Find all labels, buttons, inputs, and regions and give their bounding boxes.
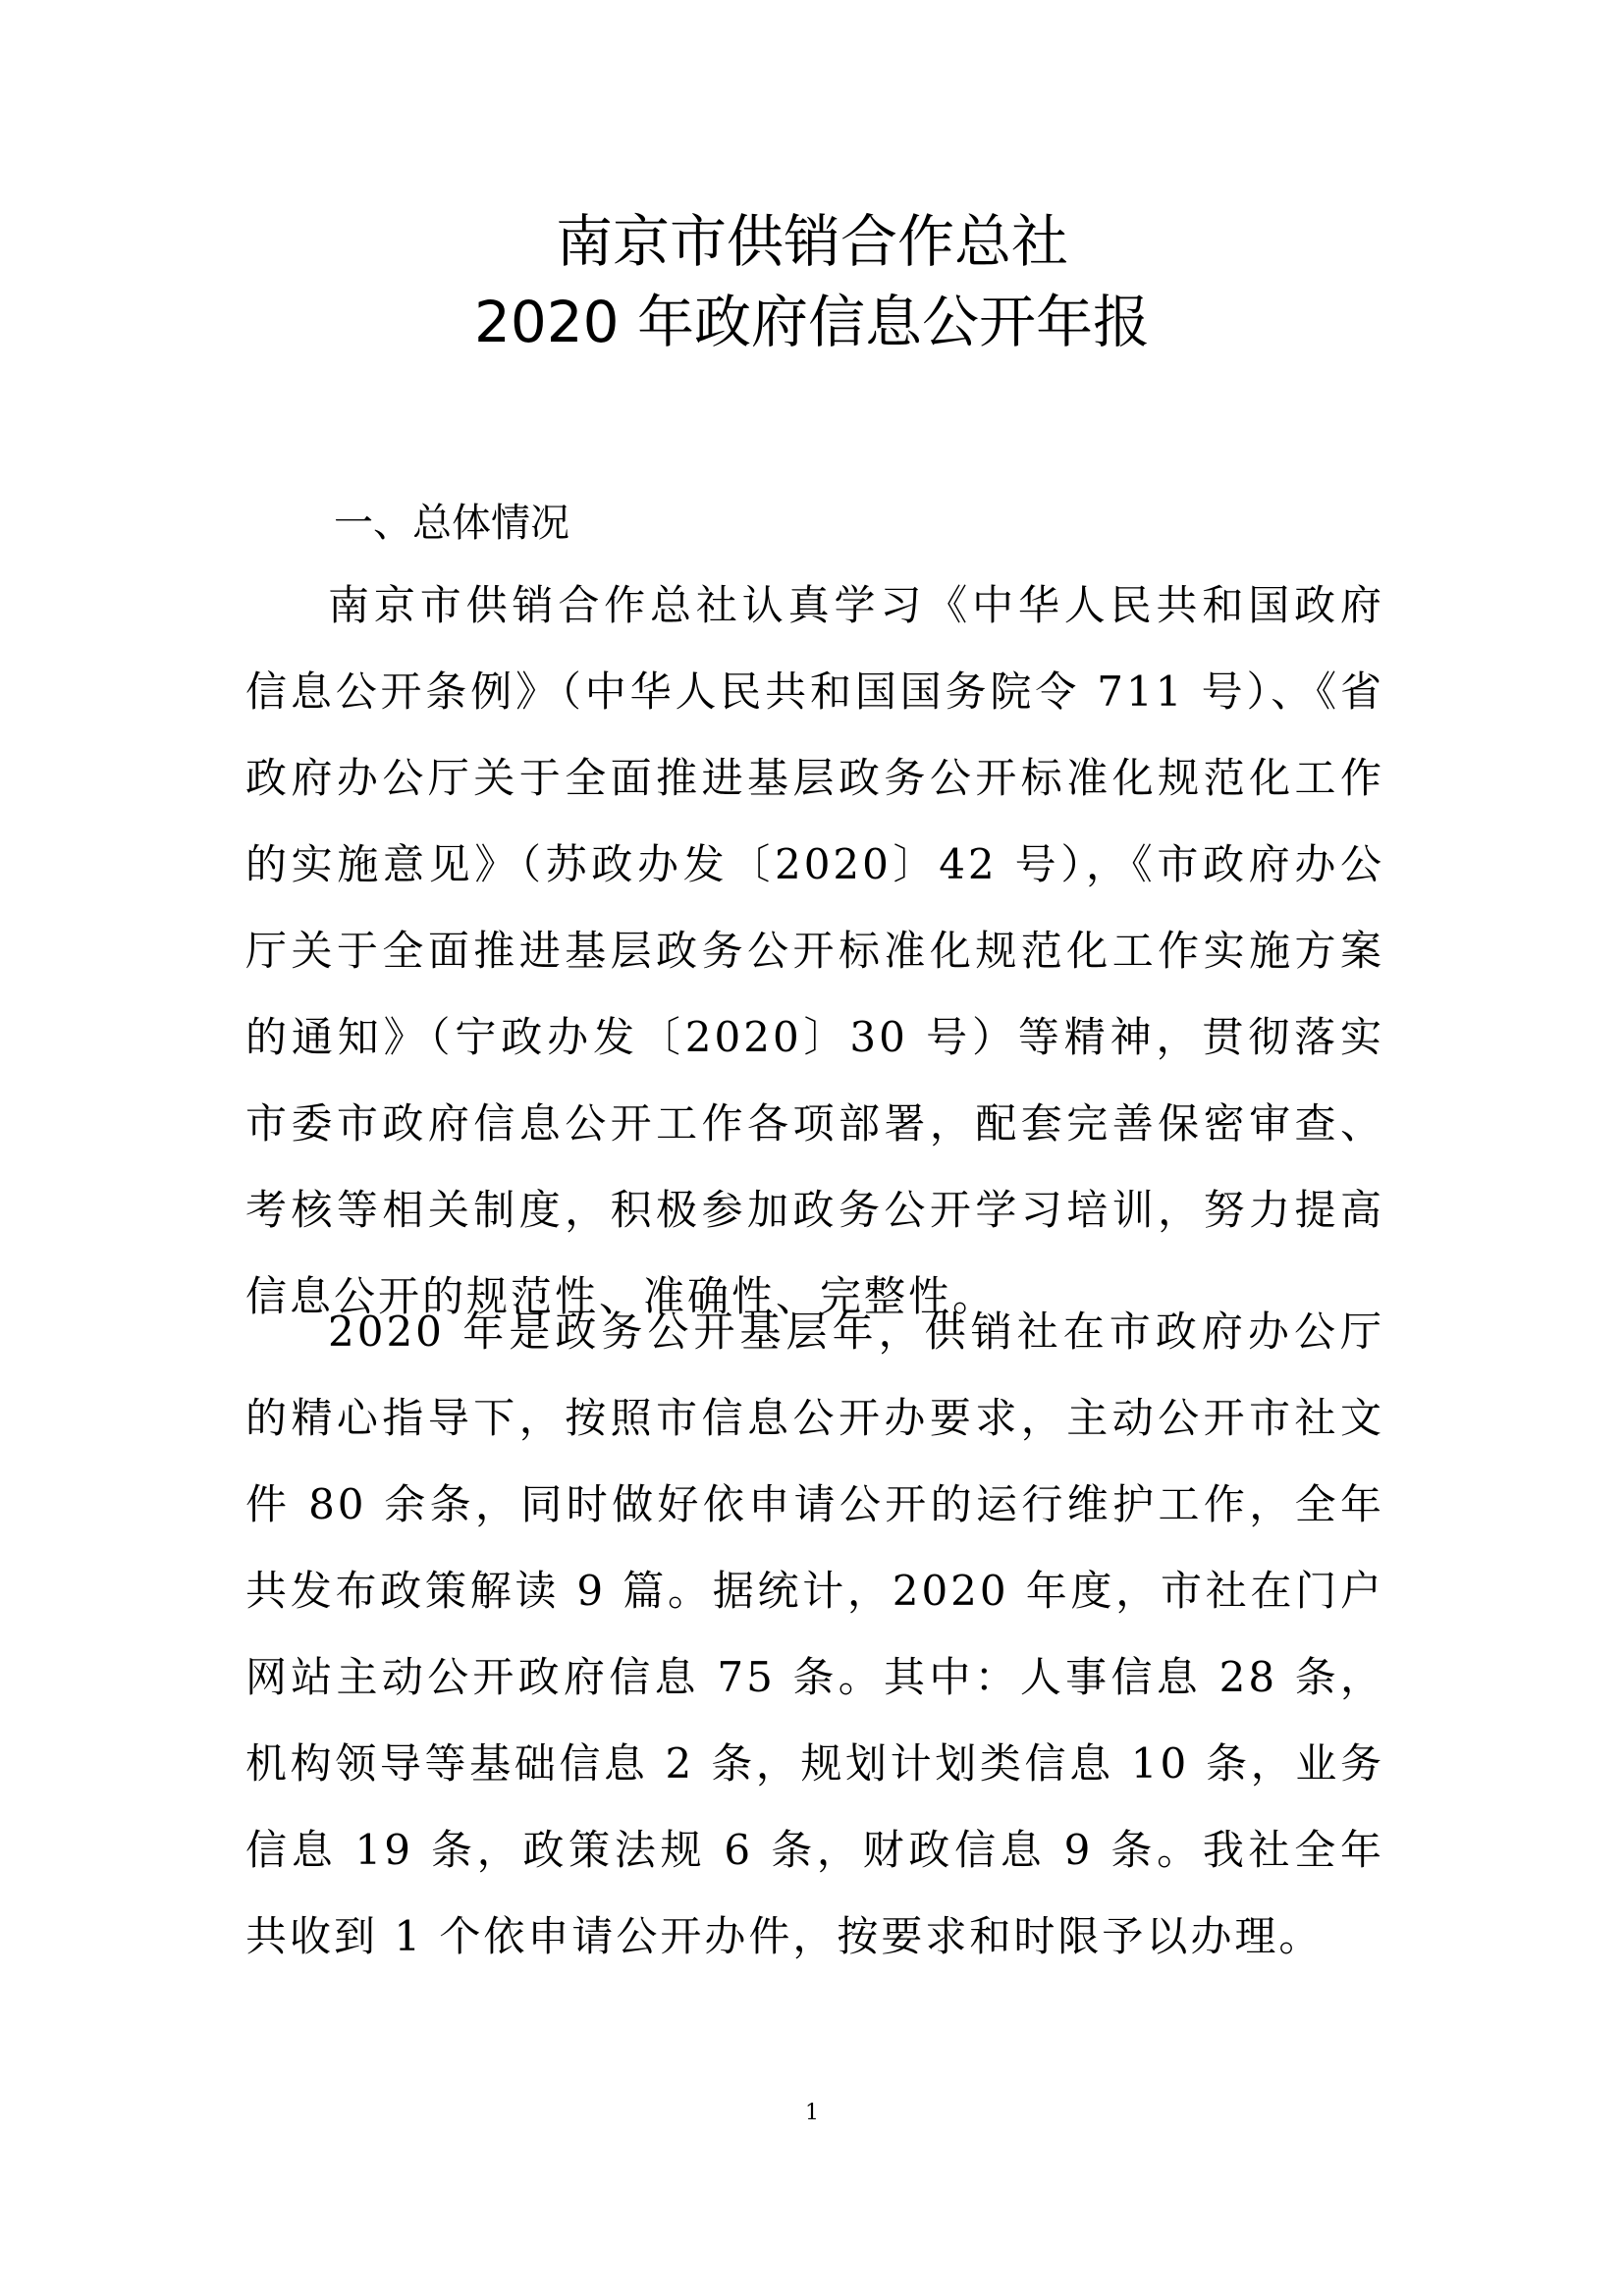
paragraph-overview-2: 2020 年是政务公开基层年，供销社在市政府办公厅的精心指导下，按照市信息公开办… (245, 1289, 1384, 1980)
paragraph-text: 2020 年是政务公开基层年，供销社在市政府办公厅的精心指导下，按照市信息公开办… (245, 1289, 1384, 1980)
section-heading-overview: 一、总体情况 (334, 494, 569, 553)
paragraph-overview-1: 南京市供销合作总社认真学习《中华人民共和国政府信息公开条例》（中华人民共和国国务… (245, 562, 1384, 1340)
page-number: 1 (0, 2099, 1624, 2128)
document-title: 南京市供销合作总社 2020 年政府信息公开年报 (0, 201, 1624, 362)
paragraph-text: 南京市供销合作总社认真学习《中华人民共和国政府信息公开条例》（中华人民共和国国务… (245, 562, 1384, 1340)
title-line-organization: 南京市供销合作总社 (0, 201, 1624, 282)
document-page: 南京市供销合作总社 2020 年政府信息公开年报 一、总体情况 南京市供销合作总… (0, 0, 1624, 2296)
title-line-report-name: 2020 年政府信息公开年报 (0, 282, 1624, 362)
